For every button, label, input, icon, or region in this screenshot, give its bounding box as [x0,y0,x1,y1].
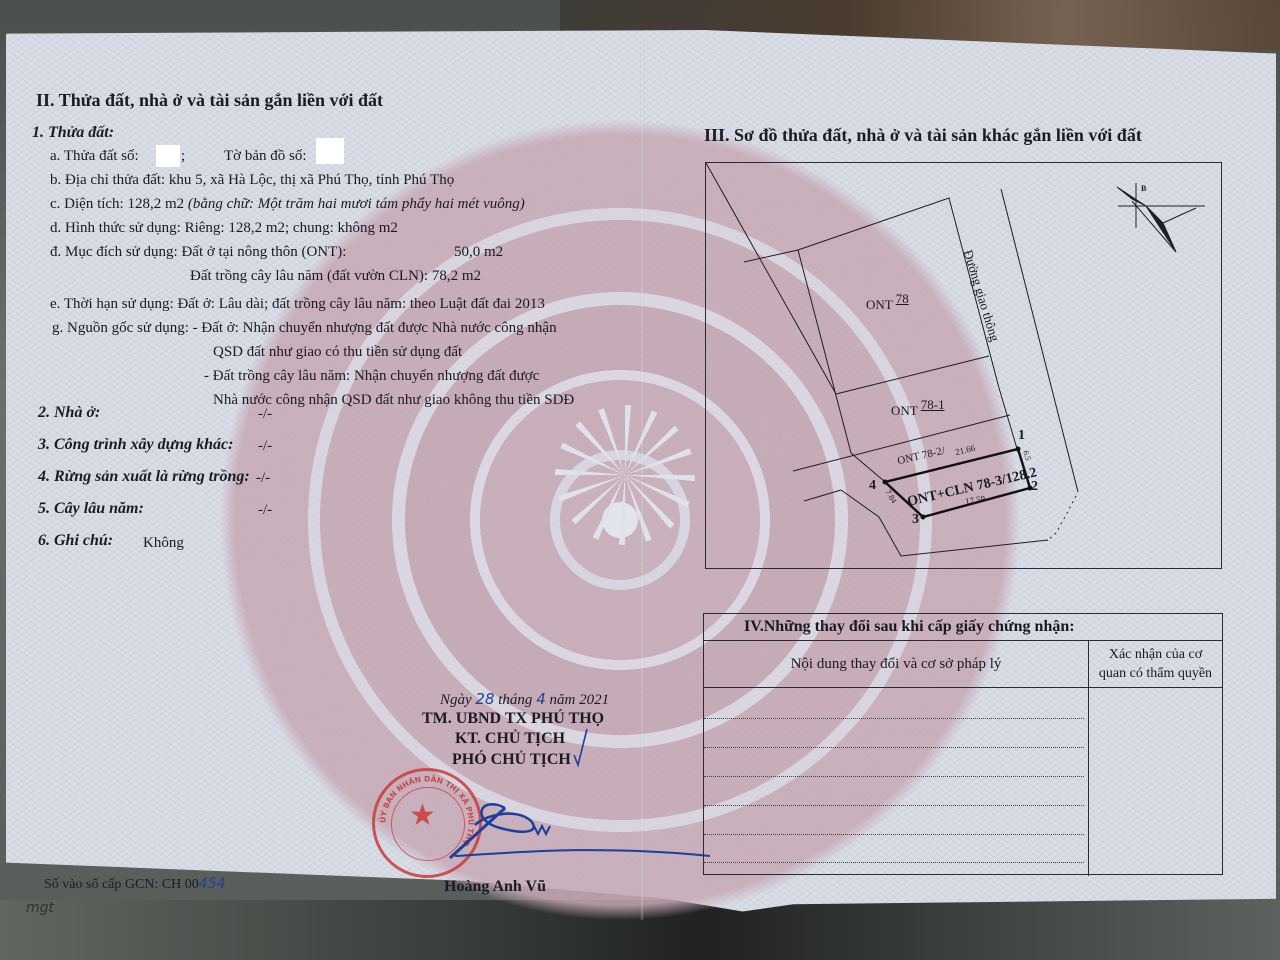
vertex-2: 2 [1031,479,1038,495]
confirm-header-line2: quan có thẩm quyền [1089,664,1222,683]
usage-purpose-cln: Đất trồng cây lâu năm (đất vườn CLN): 78… [190,268,481,285]
registry-number: Số vào sổ cấp GCN: CH 00454 [44,876,226,893]
changes-table: IV.Những thay đổi sau khi cấp giấy chứng… [703,613,1223,875]
parcel-78: ONT 78 [866,291,909,313]
initials: mgt [26,900,54,916]
changes-confirm-area [1089,688,1222,876]
item-other-construction-value: -/- [258,438,272,455]
usage-origin: g. Nguồn gốc sử dụng: - Đất ở: Nhận chuy… [52,320,557,337]
item1-title: 1. Thửa đất: [32,124,114,142]
section-iii-title: III. Sơ đồ thửa đất, nhà ở và tài sản kh… [704,125,1142,146]
parcel-78-1-type: ONT [891,403,917,418]
parcel-number-label: a. Thửa đất số: [50,148,139,165]
parcel-address: b. Địa chỉ thửa đất: khu 5, xã Hà Lộc, t… [50,172,454,189]
dotted-line [704,718,1084,719]
signer-name: Hoàng Anh Vũ [444,878,546,896]
item-note-value: Không [143,535,184,552]
dotted-line [704,805,1084,806]
item-note-label: 6. Ghi chú: [38,532,113,550]
vertex-4: 4 [869,478,876,494]
changes-title: IV.Những thay đổi sau khi cấp giấy chứng… [704,614,1222,641]
area-value: c. Diện tích: 128,2 m2 [50,196,184,212]
date-prefix: Ngày [440,692,472,708]
item-house-value: -/- [258,406,272,423]
map-sheet-redacted [316,138,344,164]
usage-purpose-label: đ. Mục đích sử dụng: Đất ở tại nông thôn… [50,244,346,261]
dotted-line [704,834,1084,835]
changes-header-row: Nội dung thay đổi và cơ sở pháp lý Xác n… [704,641,1222,688]
dotted-line [704,862,1084,863]
area-in-words: (bằng chữ: Một trăm hai mươi tám phẩy ha… [188,196,525,212]
vertex-1: 1 [1018,428,1025,444]
date-day: 28 [475,690,494,708]
item-house-label: 2. Nhà ở: [38,404,100,422]
registry-label: Số vào sổ cấp GCN: CH 00 [44,877,199,892]
usage-origin-line2: QSD đất như giao có thu tiền sử dụng đất [213,344,462,361]
parcel-area: c. Diện tích: 128,2 m2 (bằng chữ: Một tr… [50,196,525,213]
changes-body [704,688,1222,876]
sign-role-1: KT. CHỦ TỊCH [455,730,565,748]
vertex-3: 3 [912,512,919,528]
parcel-78-number: 78 [896,291,909,306]
registry-handwritten: 454 [199,876,226,892]
changes-content-area [704,688,1089,876]
usage-term: e. Thời hạn sử dụng: Đất ở: Lâu dài; đất… [50,296,545,313]
check-mark-icon [570,725,590,770]
parcel-diagram [706,163,1221,568]
usage-form: d. Hình thức sử dụng: Riêng: 128,2 m2; c… [50,220,398,237]
dotted-line [704,747,1084,748]
usage-purpose-ont-value: 50,0 m2 [454,244,503,261]
north-label: B [1141,184,1146,193]
parcel-number-redacted [156,145,180,167]
item-forest-value: -/- [256,470,270,487]
parcel-78-1: ONT 78-1 [891,397,945,419]
parcel-78-type: ONT [866,297,892,312]
item-perennial-label: 5. Cây lâu năm: [38,500,144,518]
date-month: 4 [536,690,546,708]
item-perennial-value: -/- [258,502,272,519]
section-ii-title: II. Thửa đất, nhà ở và tài sản gắn liền … [36,90,383,111]
parcel-78-1-number: 78-1 [921,397,945,412]
column-content-header: Nội dung thay đổi và cơ sở pháp lý [704,641,1089,687]
dotted-line [704,776,1084,777]
sign-role-2: PHÓ CHỦ TỊCH [452,751,571,769]
parcel-diagram-frame [705,162,1222,569]
signature-scribble [430,790,710,870]
confirm-header-line1: Xác nhận của cơ [1089,645,1222,664]
item-forest-label: 4. Rừng sản xuất là rừng trồng: [38,468,250,486]
date-month-word: tháng [498,692,532,708]
usage-origin-line3: - Đất trồng cây lâu năm: Nhận chuyển như… [204,368,539,385]
sign-date: Ngày 28 tháng 4 năm 2021 [440,690,609,709]
item-other-construction-label: 3. Công trình xây dựng khác: [38,436,233,454]
north-arrow-icon [1117,183,1205,252]
page-fold [640,40,644,920]
drum-star-watermark [555,405,695,545]
parcel-number-separator: ; [181,148,185,165]
date-year: năm 2021 [549,692,609,708]
map-sheet-label: Tờ bản đồ số: [224,148,307,165]
column-confirm-header: Xác nhận của cơ quan có thẩm quyền [1089,641,1222,687]
